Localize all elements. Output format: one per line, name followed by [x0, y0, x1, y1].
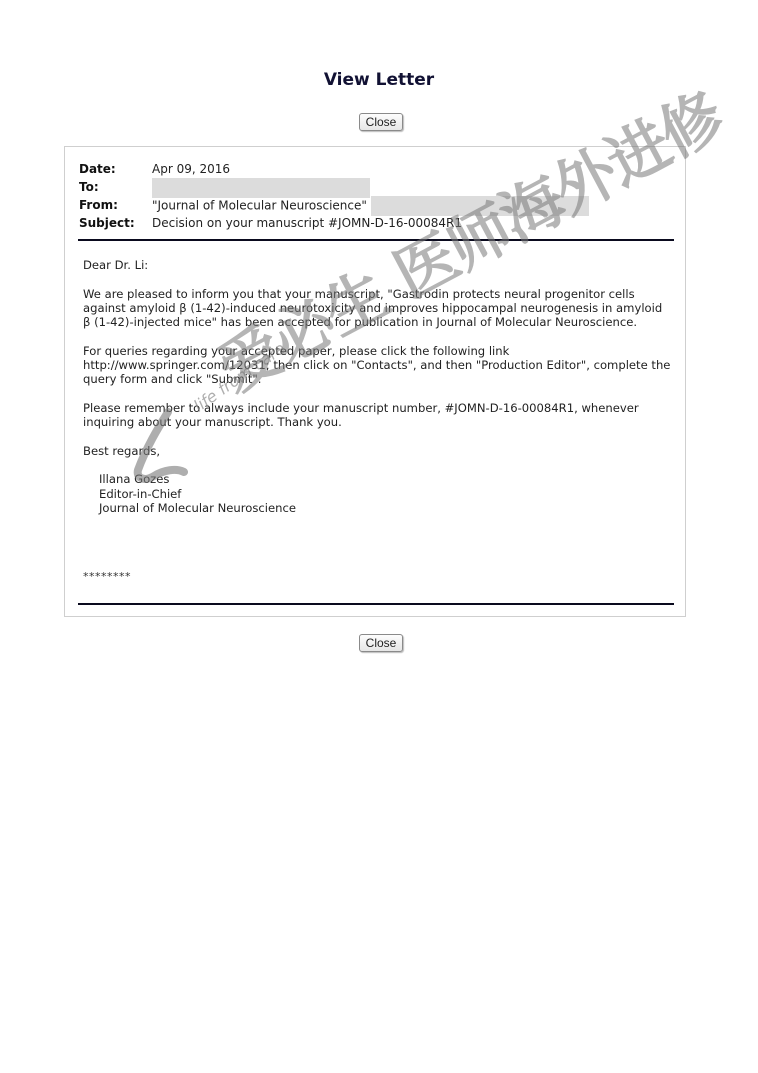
to-row: To: [79, 178, 589, 196]
signature-journal: Journal of Molecular Neuroscience [99, 501, 673, 515]
to-value [152, 178, 370, 196]
subject-row: Subject: Decision on your manuscript #JO… [79, 214, 589, 232]
close-button-top[interactable]: Close [359, 113, 403, 131]
date-value: Apr 09, 2016 [152, 160, 230, 178]
from-row: From: "Journal of Molecular Neuroscience… [79, 196, 589, 214]
date-label: Date: [79, 160, 152, 178]
paragraph-acceptance: We are pleased to inform you that your m… [83, 287, 673, 330]
page-title: View Letter [0, 70, 758, 90]
header-divider [78, 239, 674, 241]
subject-label: Subject: [79, 214, 152, 232]
signature-title: Editor-in-Chief [99, 487, 673, 501]
from-value: "Journal of Molecular Neuroscience" [152, 196, 589, 214]
from-label: From: [79, 196, 152, 214]
subject-value: Decision on your manuscript #JOMN-D-16-0… [152, 214, 462, 232]
redacted-sender-email [371, 196, 589, 216]
close-button-bottom[interactable]: Close [359, 634, 403, 652]
to-label: To: [79, 178, 152, 196]
redacted-recipient [152, 178, 370, 198]
letter-panel: Date: Apr 09, 2016 To: From: "Journal of… [64, 146, 686, 617]
footer-stars: ******** [83, 570, 131, 583]
letter-header: Date: Apr 09, 2016 To: From: "Journal of… [79, 160, 589, 232]
closing: Best regards, [83, 444, 673, 458]
date-row: Date: Apr 09, 2016 [79, 160, 589, 178]
paragraph-reminder: Please remember to always include your m… [83, 401, 673, 430]
letter-body: Dear Dr. Li: We are pleased to inform yo… [83, 258, 673, 515]
greeting: Dear Dr. Li: [83, 258, 673, 272]
paragraph-queries: For queries regarding your accepted pape… [83, 344, 673, 387]
from-name: "Journal of Molecular Neuroscience" [152, 199, 367, 213]
signature-name: Illana Gozes [99, 472, 673, 486]
footer-divider [78, 603, 674, 605]
signature-block: Illana Gozes Editor-in-Chief Journal of … [99, 472, 673, 515]
